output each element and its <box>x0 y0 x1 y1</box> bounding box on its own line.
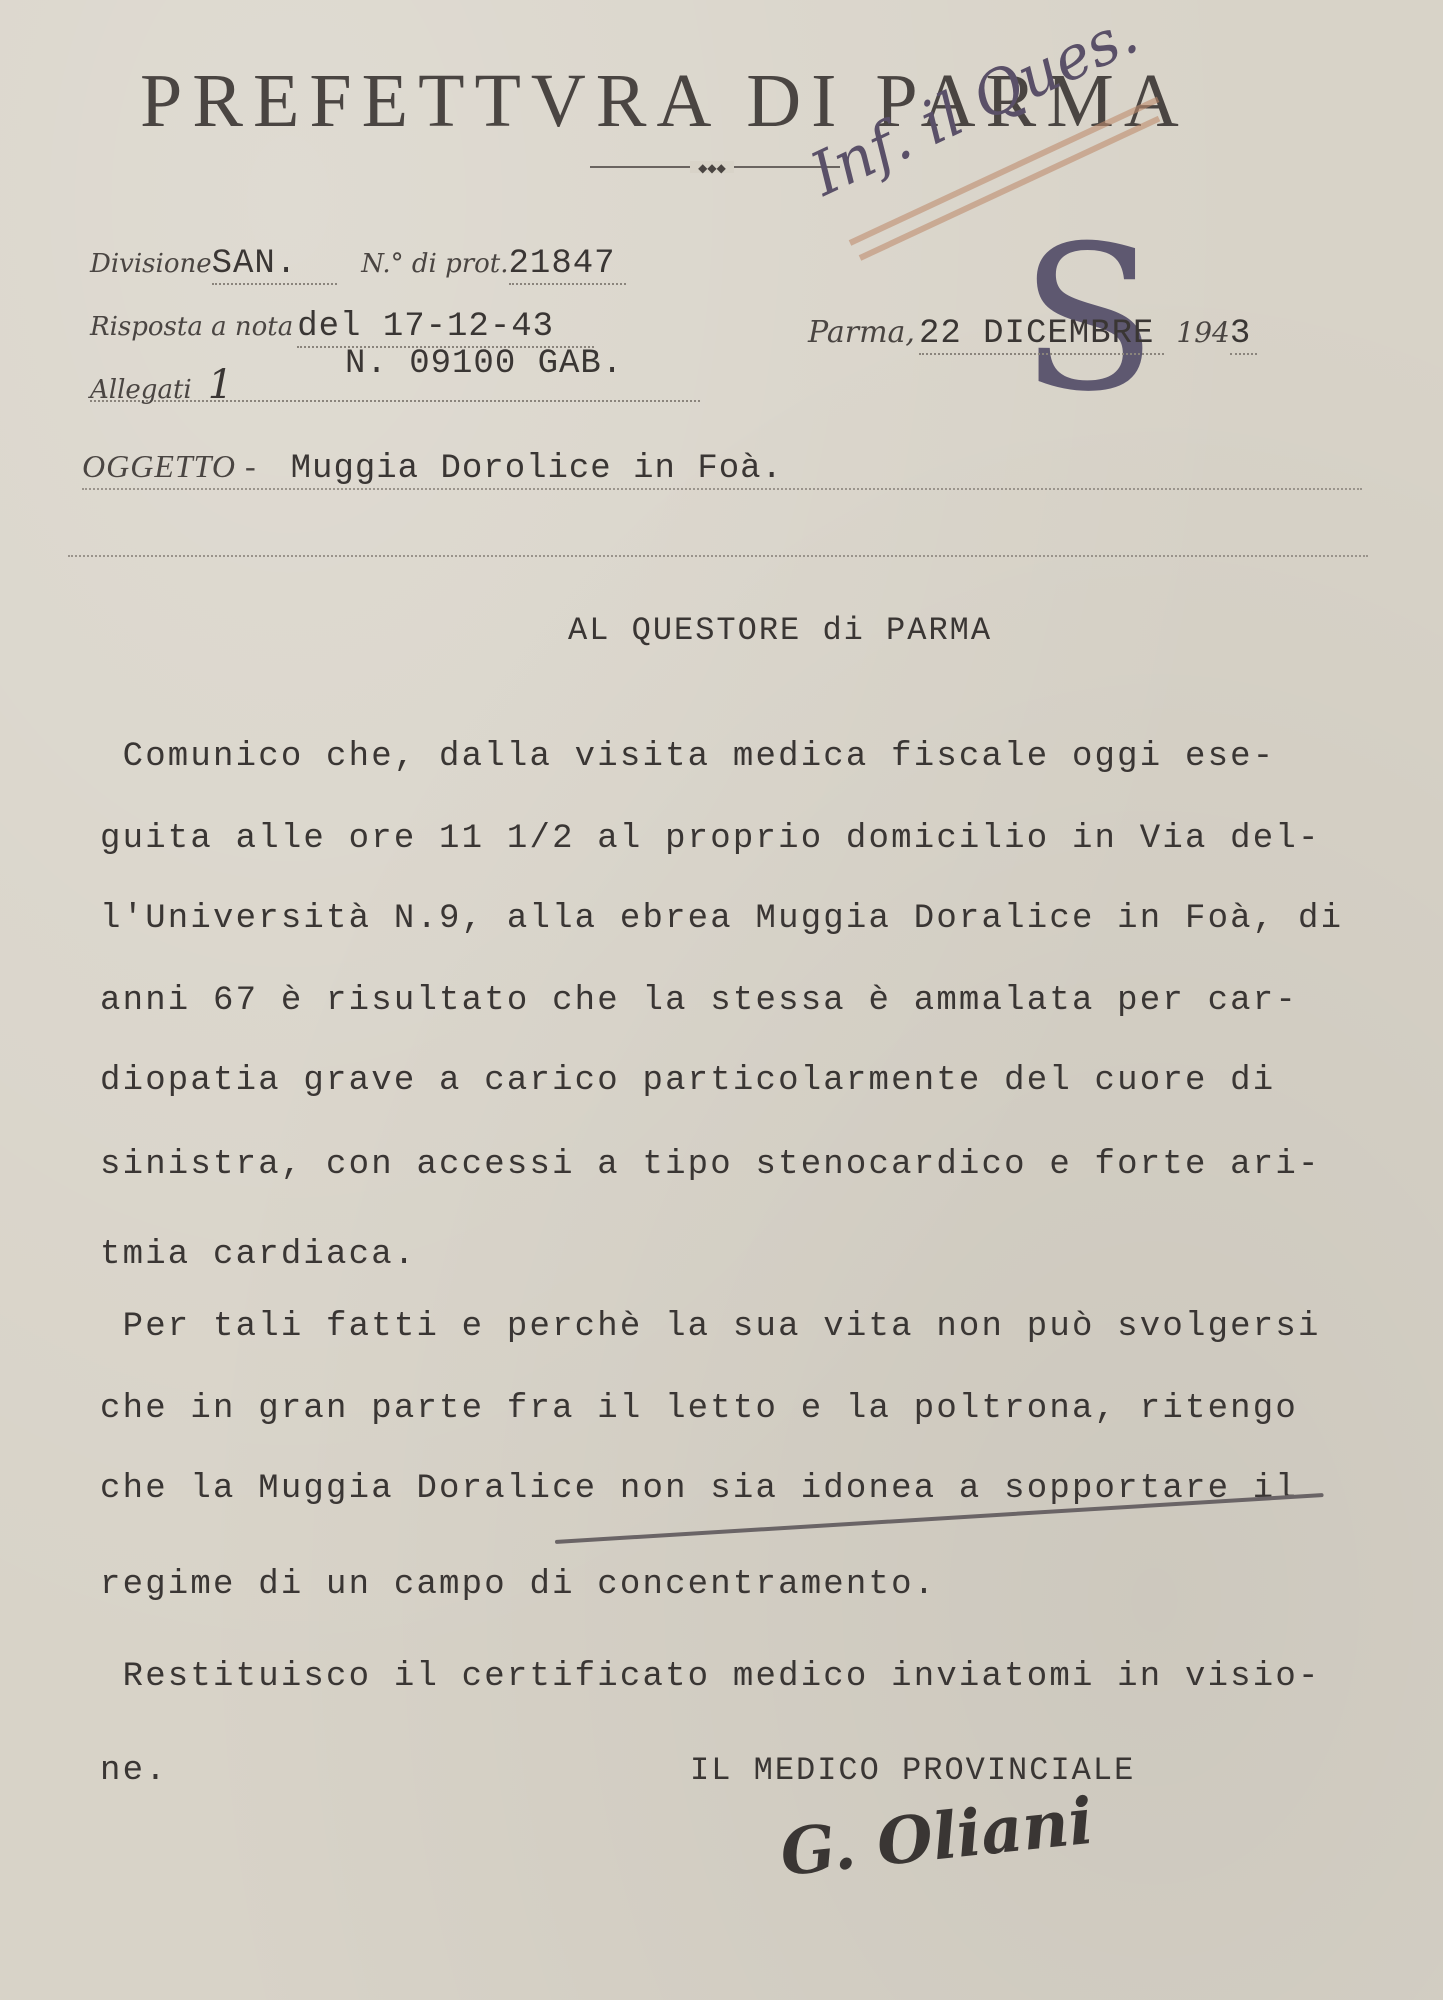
signature-title: IL MEDICO PROVINCIALE <box>690 1752 1135 1789</box>
year-suffix: 3 <box>1230 315 1257 355</box>
protocollo-label: N.° di prot. <box>361 249 508 279</box>
divisione-label: Divisione <box>90 249 212 279</box>
protocollo-value: 21847 <box>509 245 626 285</box>
body-line: sinistra, con accessi a tipo stenocardic… <box>100 1146 1321 1184</box>
body-line: che la Muggia Doralice non sia idonea a … <box>100 1470 1298 1508</box>
subject-rule <box>68 555 1368 557</box>
body-line: ne. <box>100 1752 168 1790</box>
year-prefix: 194 <box>1176 316 1229 349</box>
divisione-field: DivisioneSAN. N.° di prot.21847 <box>90 245 690 283</box>
body-line: che in gran parte fra il letto e la polt… <box>100 1390 1298 1428</box>
risposta-label: Risposta a nota <box>90 312 293 342</box>
place-label: Parma, <box>808 315 915 350</box>
subject-label: OGGETTO - <box>82 448 257 484</box>
date-value: 22 DICEMBRE <box>919 315 1164 355</box>
body-line: diopatia grave a carico particolarmente … <box>100 1062 1275 1100</box>
date-field: Parma, 22 DICEMBRE 1943 <box>808 315 1348 353</box>
allegati-value: 1 <box>208 362 233 408</box>
body-line: Comunico che, dalla visita medica fiscal… <box>100 738 1275 776</box>
risposta-field: Risposta a nota del 17-12-43 <box>90 308 710 346</box>
addressee: AL QUESTORE di PARMA <box>568 612 992 649</box>
body-line: Restituisco il certificato medico inviat… <box>100 1658 1321 1696</box>
handwritten-signature: G. Oliani <box>777 1784 1097 1891</box>
divisione-value: SAN. <box>212 245 338 285</box>
body-line: Per tali fatti e perchè la sua vita non … <box>100 1308 1321 1346</box>
body-line: regime di un campo di concentramento. <box>100 1566 936 1604</box>
subject-field: OGGETTO - Muggia Dorolice in Foà. <box>82 448 1362 490</box>
subject-value: Muggia Dorolice in Foà. <box>291 450 783 488</box>
body-line: guita alle ore 11 1/2 al proprio domicil… <box>100 820 1321 858</box>
risposta-value: del 17-12-43 <box>297 308 594 348</box>
ornament-icon: ◆◆◆ <box>690 161 734 173</box>
body-line: anni 67 è risultato che la stessa è amma… <box>100 982 1298 1020</box>
body-line: l'Università N.9, alla ebrea Muggia Dora… <box>100 900 1343 938</box>
body-line: tmia cardiaca. <box>100 1236 416 1274</box>
allegati-label: Allegati <box>90 375 192 405</box>
allegati-field: Allegati 1 <box>90 362 700 402</box>
